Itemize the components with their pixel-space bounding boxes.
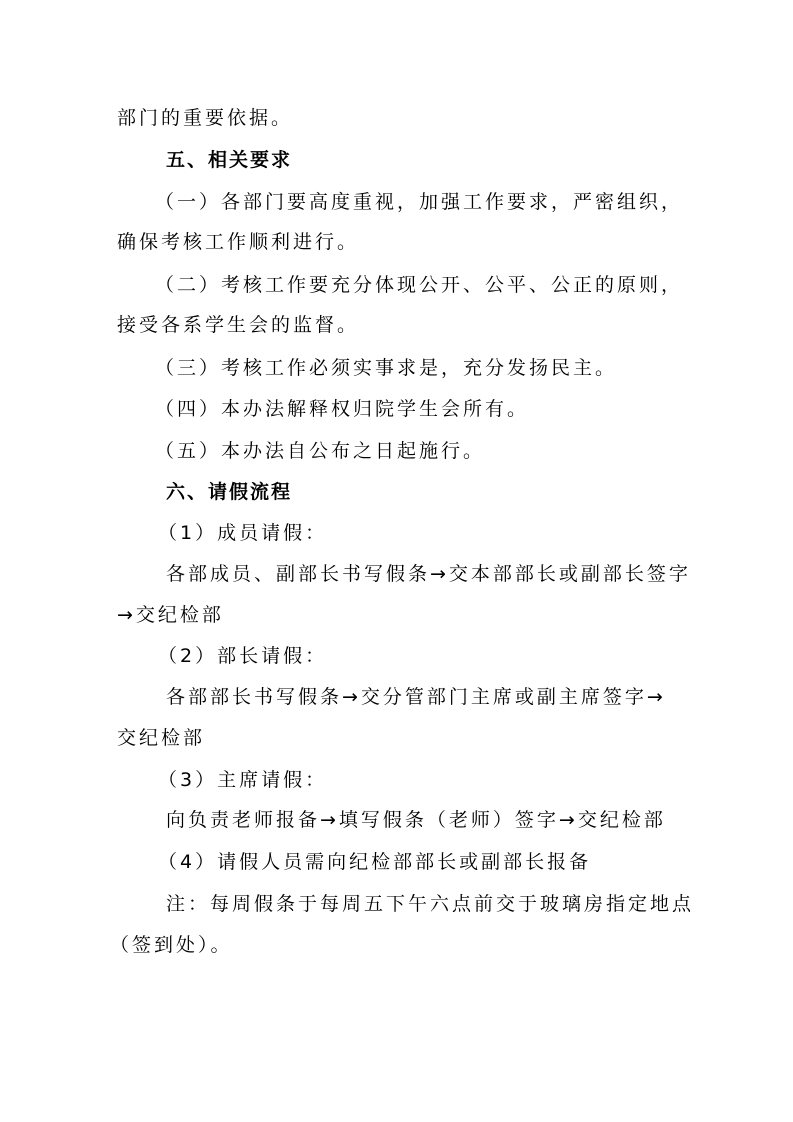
leave-step-2-flow-cont: 交纪检部: [117, 726, 205, 750]
requirement-item-1: （一）各部门要高度重视，加强工作要求，严密组织，: [155, 190, 683, 214]
leave-step-1-flow-cont: →交纪检部: [117, 603, 224, 627]
leave-note: 注：每周假条于每周五下午六点前交于玻璃房指定地点: [166, 892, 694, 916]
section-heading-requirements: 五、相关要求: [166, 148, 292, 172]
leave-step-2-title: （2）部长请假：: [158, 644, 327, 668]
leave-note-cont: （签到处）。: [110, 933, 233, 957]
requirement-item-2: （二）考核工作要充分体现公开、公平、公正的原则，: [155, 273, 683, 297]
requirement-item-3: （三）考核工作必须实事求是，充分发扬民主。: [155, 356, 617, 380]
requirement-item-1-cont: 确保考核工作顺利进行。: [117, 230, 359, 254]
leave-step-3-flow: 向负责老师报备→填写假条（老师）签字→交纪检部: [166, 808, 666, 832]
leave-step-1-flow: 各部成员、副部长书写假条→交本部部长或副部长签字: [166, 562, 691, 586]
leave-step-1-title: （1）成员请假：: [158, 521, 327, 545]
requirement-item-5: （五）本办法自公布之日起施行。: [155, 439, 485, 463]
requirement-item-4: （四）本办法解释权归院学生会所有。: [155, 397, 529, 421]
leave-step-4: （4）请假人员需向纪检部部长或副部长报备: [158, 850, 591, 874]
leave-step-3-title: （3）主席请假：: [158, 768, 327, 792]
leave-step-2-flow: 各部部长书写假条→交分管部门主席或副主席签字→: [166, 685, 666, 709]
paragraph-continuation: 部门的重要依据。: [117, 106, 293, 130]
section-heading-leave-process: 六、请假流程: [166, 480, 292, 504]
requirement-item-2-cont: 接受各系学生会的监督。: [117, 313, 359, 337]
